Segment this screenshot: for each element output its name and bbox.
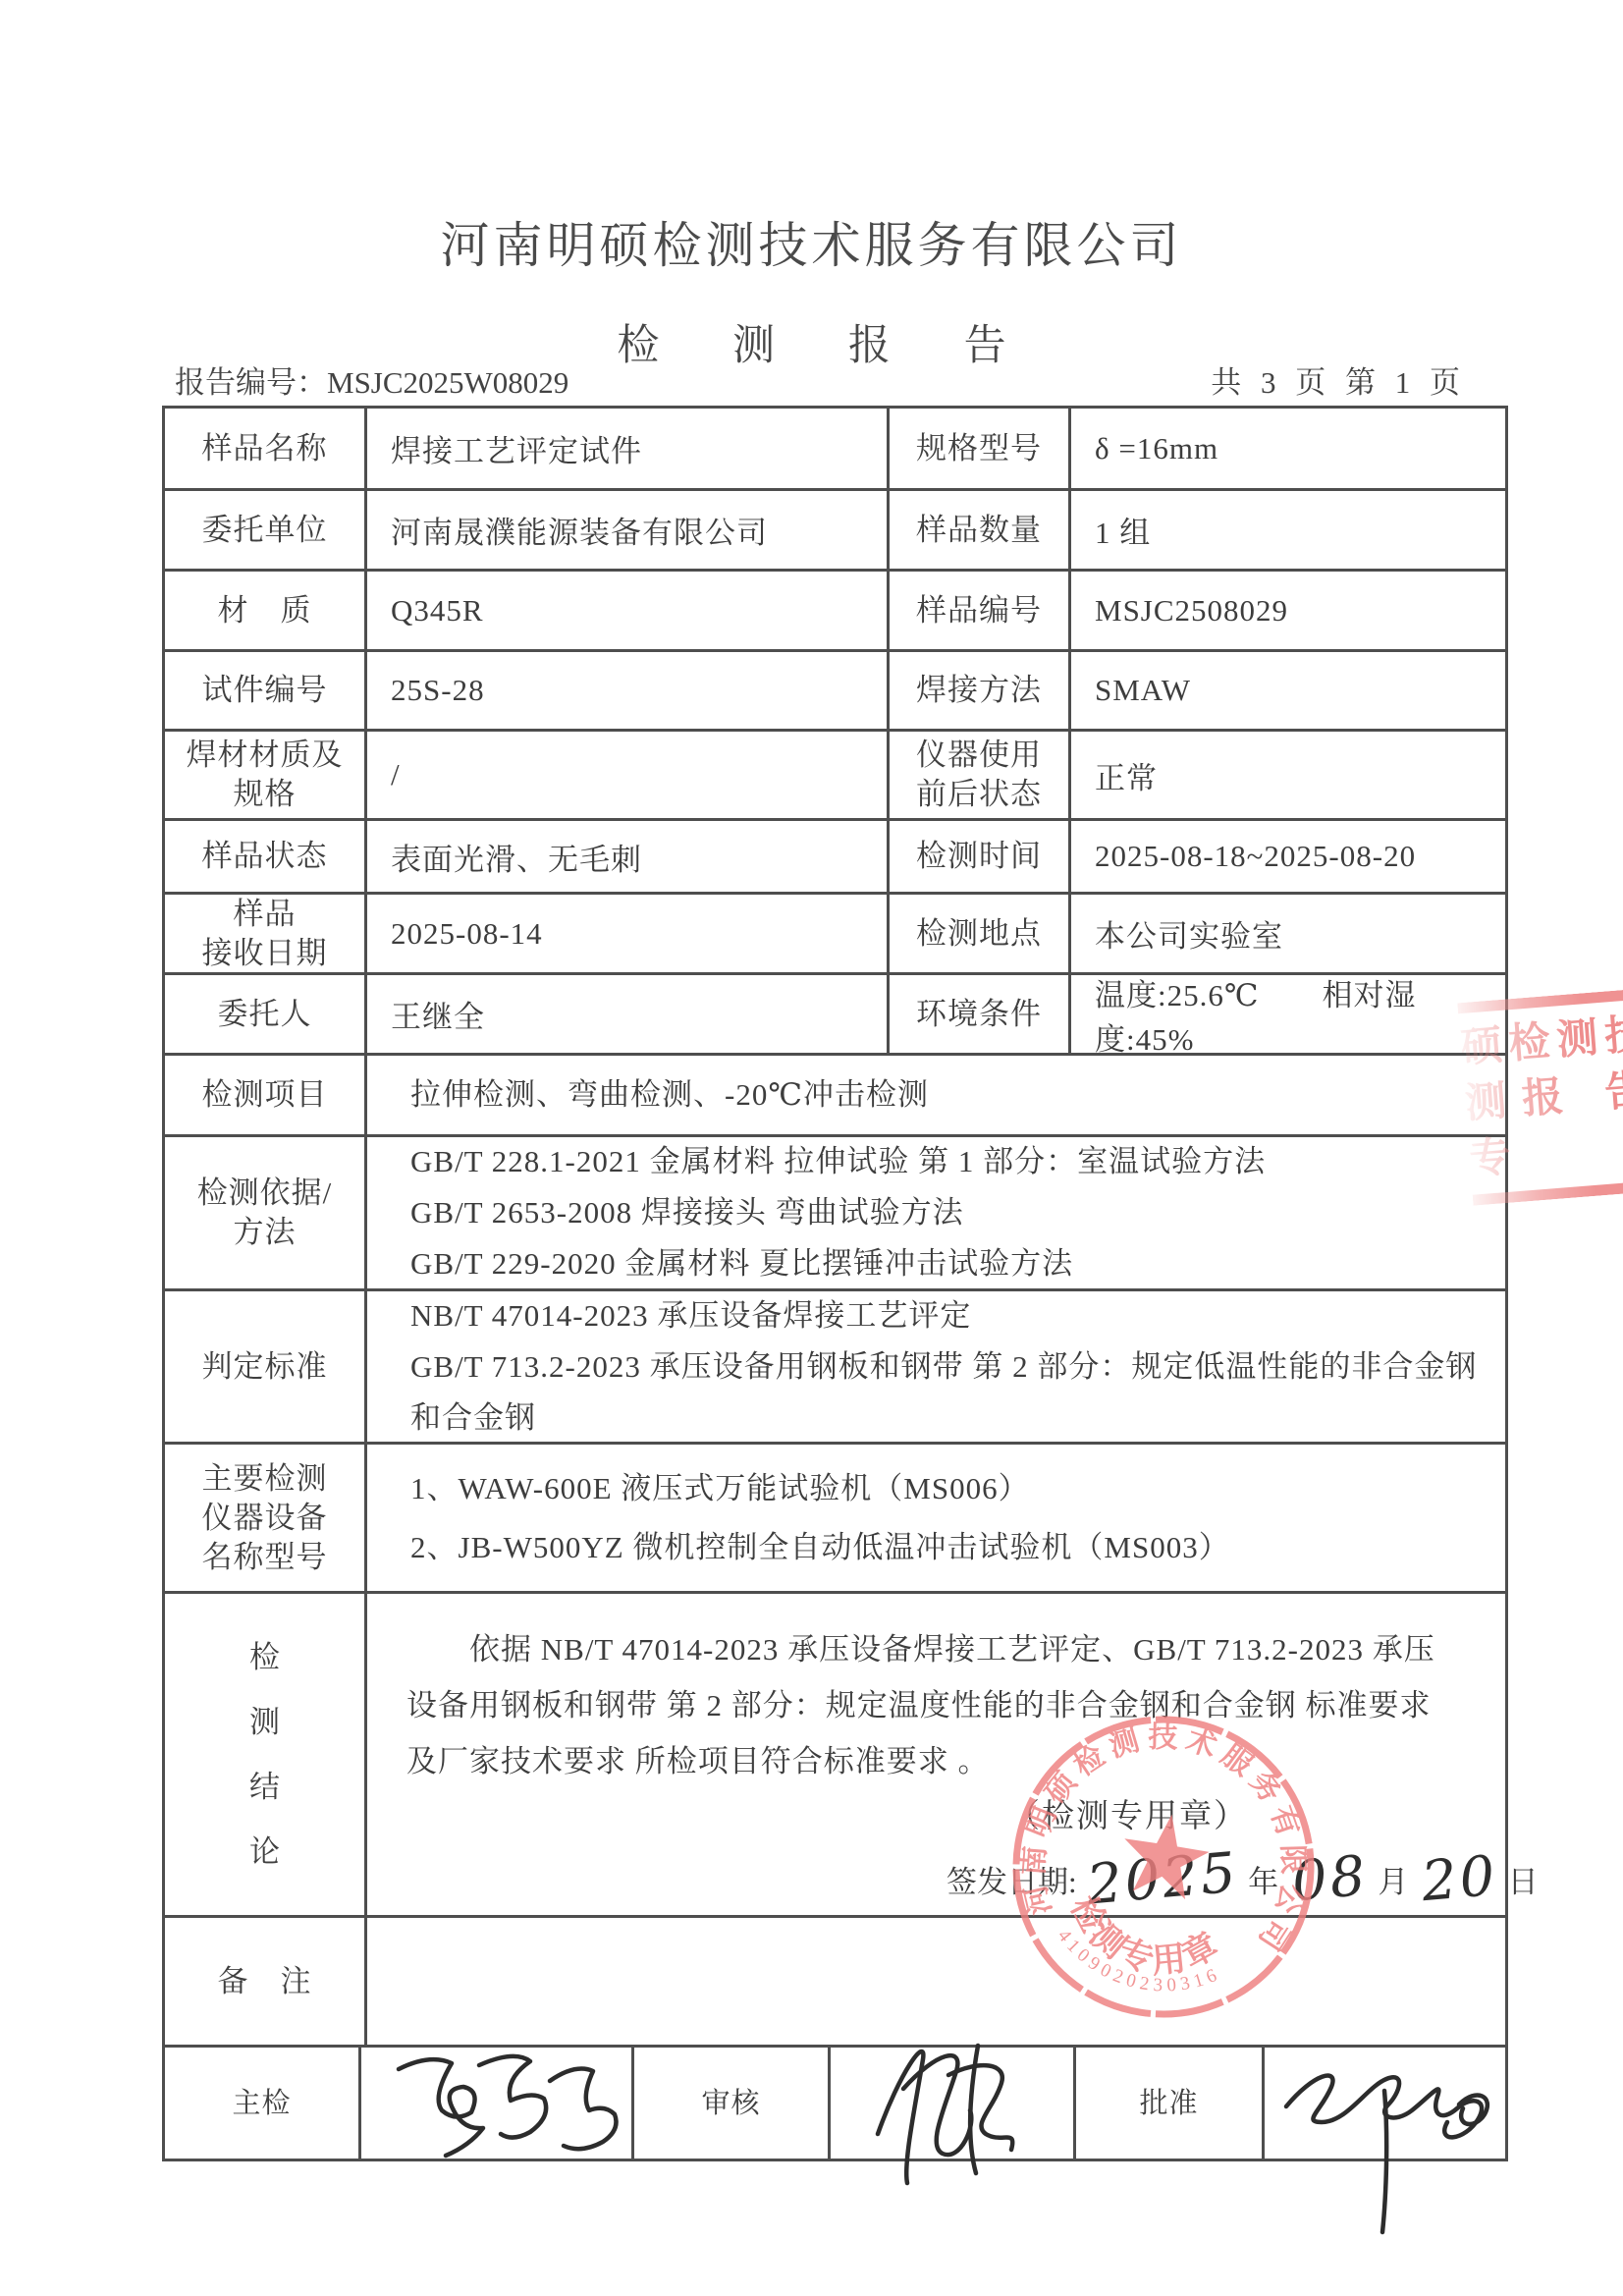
edge-stamp: 硕检测技 测报 告专 <box>1457 985 1623 1205</box>
label-judge-standard: 判定标准 <box>165 1291 367 1445</box>
label-chief-inspector: 主检 <box>165 2048 361 2161</box>
value-sample-name: 焊接工艺评定试件 <box>367 409 890 491</box>
meta-row: 报告编号：MSJC2025W08029 共 3 页 第 1 页 <box>175 357 1466 402</box>
label-sample-no: 样品编号 <box>890 572 1071 652</box>
label-remarks: 备 注 <box>165 1918 367 2048</box>
label-reviewer: 审核 <box>634 2048 831 2161</box>
reviewer-signature <box>842 2016 1068 2203</box>
label-client: 委托单位 <box>165 491 367 572</box>
label-receive-date: 样品 接收日期 <box>165 895 367 975</box>
value-test-time: 2025-08-18~2025-08-20 <box>1071 821 1508 895</box>
value-material: Q345R <box>367 572 890 652</box>
label-test-items: 检测项目 <box>165 1056 367 1137</box>
day-char: 日 <box>1508 1857 1539 1901</box>
month-char: 月 <box>1378 1857 1408 1901</box>
label-test-time: 检测时间 <box>890 821 1071 895</box>
value-receive-date: 2025-08-14 <box>367 895 890 975</box>
label-spec-model: 规格型号 <box>890 409 1071 491</box>
value-sample-state: 表面光滑、无毛刺 <box>367 821 890 895</box>
pagination: 共 3 页 第 1 页 <box>1211 357 1466 402</box>
table-row-signatures: 主检 审核 批准 <box>165 2048 1508 2161</box>
table-row: 委托单位 河南晟濮能源装备有限公司 样品数量 1 组 <box>165 491 1508 572</box>
label-sample-name: 样品名称 <box>165 409 367 491</box>
label-test-basis: 检测依据/ 方法 <box>165 1137 367 1291</box>
table-row: 委托人 王继全 环境条件 温度:25.6℃ 相对湿度:45% <box>165 975 1508 1056</box>
table-row: 样品状态 表面光滑、无毛刺 检测时间 2025-08-18~2025-08-20 <box>165 821 1508 895</box>
value-main-instruments: 1、WAW-600E 液压式万能试验机（MS006） 2、JB-W500YZ 微… <box>367 1445 1508 1594</box>
value-test-items: 拉伸检测、弯曲检测、-20℃冲击检测 <box>367 1056 1508 1137</box>
chief-inspector-signature-cell <box>361 2048 634 2161</box>
chief-inspector-signature <box>375 2036 621 2173</box>
approver-signature <box>1267 2028 1512 2254</box>
label-approver: 批准 <box>1076 2048 1265 2161</box>
table-row: 检测依据/ 方法 GB/T 228.1-2021 金属材料 拉伸试验 第 1 部… <box>165 1137 1508 1291</box>
label-consignor: 委托人 <box>165 975 367 1056</box>
label-instrument-state: 仪器使用 前后状态 <box>890 732 1071 821</box>
value-sample-qty: 1 组 <box>1071 491 1508 572</box>
approver-signature-cell <box>1265 2048 1508 2161</box>
table-row: 材 质 Q345R 样品编号 MSJC2508029 <box>165 572 1508 652</box>
label-test-place: 检测地点 <box>890 895 1071 975</box>
issue-day-handwritten: 20 <box>1420 1844 1501 1914</box>
value-spec-model: δ =16mm <box>1071 409 1508 491</box>
report-number: 报告编号：MSJC2025W08029 <box>175 357 568 402</box>
value-specimen-no: 25S-28 <box>367 652 890 732</box>
value-instrument-state: 正常 <box>1071 732 1508 821</box>
table-row: 主要检测 仪器设备 名称型号 1、WAW-600E 液压式万能试验机（MS006… <box>165 1445 1508 1594</box>
report-page: 河南明硕检测技术服务有限公司 检 测 报 告 报告编号：MSJC2025W080… <box>0 0 1623 2296</box>
value-weld-method: SMAW <box>1071 652 1508 732</box>
reviewer-signature-cell <box>831 2048 1076 2161</box>
value-client: 河南晟濮能源装备有限公司 <box>367 491 890 572</box>
table-row: 试件编号 25S-28 焊接方法 SMAW <box>165 652 1508 732</box>
value-sample-no: MSJC2508029 <box>1071 572 1508 652</box>
table-row: 样品 接收日期 2025-08-14 检测地点 本公司实验室 <box>165 895 1508 975</box>
table-row: 样品名称 焊接工艺评定试件 规格型号 δ =16mm <box>165 409 1508 491</box>
label-conclusion: 检 测 结 论 <box>165 1594 367 1918</box>
table-row: 判定标准 NB/T 47014-2023 承压设备焊接工艺评定 GB/T 713… <box>165 1291 1508 1445</box>
value-test-place: 本公司实验室 <box>1071 895 1508 975</box>
label-main-instruments: 主要检测 仪器设备 名称型号 <box>165 1445 367 1594</box>
table-row: 检测项目 拉伸检测、弯曲检测、-20℃冲击检测 <box>165 1056 1508 1137</box>
value-environment: 温度:25.6℃ 相对湿度:45% <box>1071 975 1508 1056</box>
value-filler-material: / <box>367 732 890 821</box>
page-title: 河南明硕检测技术服务有限公司 <box>0 206 1623 277</box>
seal-star-icon <box>1116 1808 1214 1902</box>
edge-stamp-line2: 测报 告专 <box>1463 1060 1623 1189</box>
label-environment: 环境条件 <box>890 975 1071 1056</box>
table-row: 焊材材质及 规格 / 仪器使用 前后状态 正常 <box>165 732 1508 821</box>
label-material: 材 质 <box>165 572 367 652</box>
value-judge-standard: NB/T 47014-2023 承压设备焊接工艺评定 GB/T 713.2-20… <box>367 1291 1508 1445</box>
label-weld-method: 焊接方法 <box>890 652 1071 732</box>
label-sample-qty: 样品数量 <box>890 491 1071 572</box>
label-filler-material: 焊材材质及 规格 <box>165 732 367 821</box>
label-sample-state: 样品状态 <box>165 821 367 895</box>
value-consignor: 王继全 <box>367 975 890 1056</box>
value-test-basis: GB/T 228.1-2021 金属材料 拉伸试验 第 1 部分：室温试验方法 … <box>367 1137 1508 1291</box>
round-inspection-seal: 河南明硕检测技术服务有限公司 检测专用章 4109020230316 <box>983 1686 1344 2048</box>
label-specimen-no: 试件编号 <box>165 652 367 732</box>
